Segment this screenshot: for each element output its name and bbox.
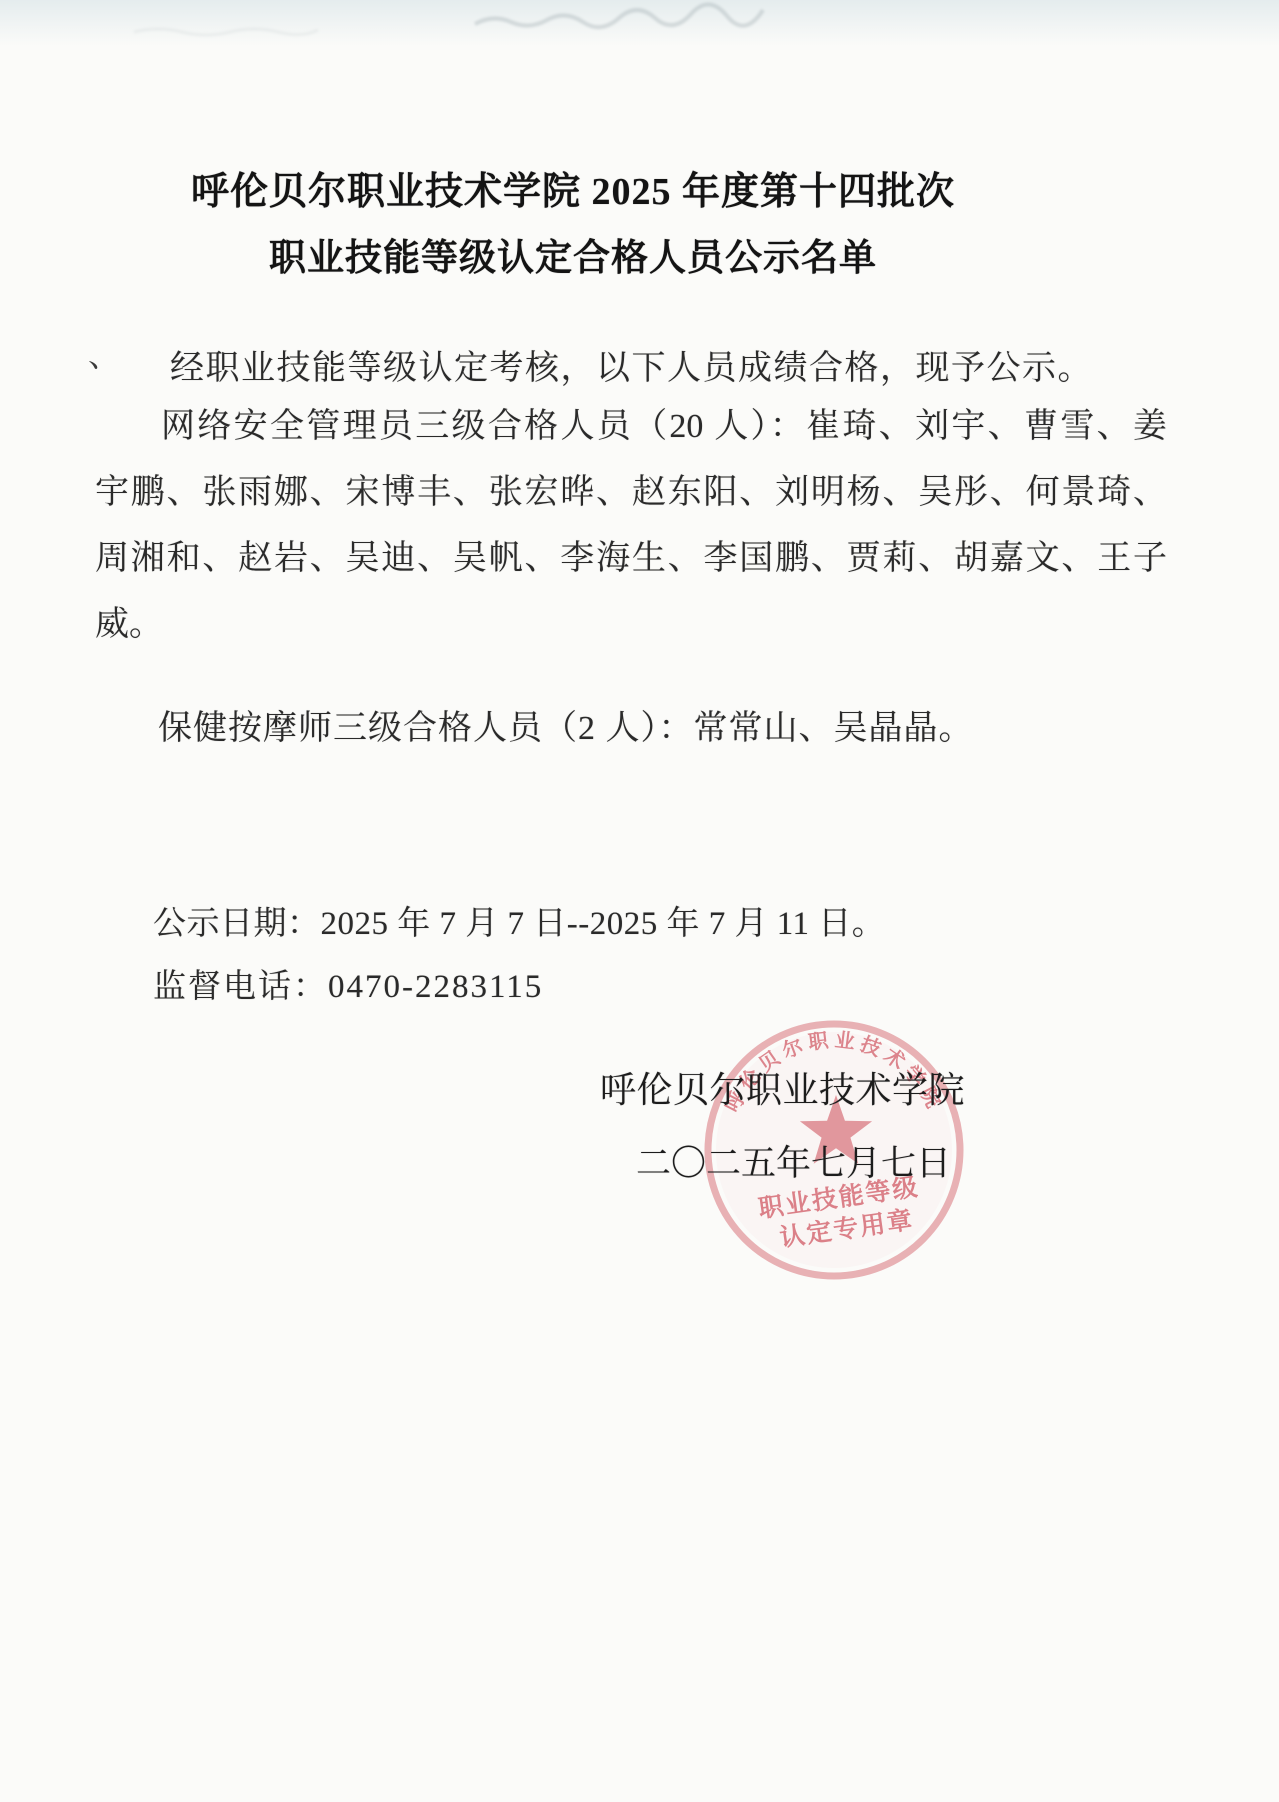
signature-organization: 呼伦贝尔职业技术学院 xyxy=(600,1062,965,1113)
scan-smudge-artifact xyxy=(130,24,320,38)
supervision-phone-line: 监督电话：0470-2283115 xyxy=(153,960,543,1007)
signature-date: 二〇二五年七月七日 xyxy=(636,1136,951,1186)
scan-bleedthrough-artifact xyxy=(470,2,770,36)
stray-punctuation-mark: 、 xyxy=(88,330,120,376)
network-group-line-2: 宇鹏、张雨娜、宋博丰、张宏晔、赵东阳、刘明杨、吴彤、何景琦、 xyxy=(95,464,1167,513)
intro-paragraph: 经职业技能等级认定考核，以下人员成绩合格，现予公示。 xyxy=(170,340,1093,389)
document-title-line-2: 职业技能等级认定合格人员公示名单 xyxy=(188,227,958,281)
network-group-line-3: 周湘和、赵岩、吴迪、吴帆、李海生、李国鹏、贾莉、胡嘉文、王子 xyxy=(95,530,1167,579)
network-group-line-1: 网络安全管理员三级合格人员（20 人）：崔琦、刘宇、曹雪、姜 xyxy=(95,398,1167,447)
document-page: 呼伦贝尔职业技术学院 2025 年度第十四批次 职业技能等级认定合格人员公示名单… xyxy=(0,0,1279,1802)
massage-group-line: 保健按摩师三级合格人员（2 人）：常常山、吴晶晶。 xyxy=(158,700,974,749)
publicity-date-line: 公示日期：2025 年 7 月 7 日--2025 年 7 月 11 日。 xyxy=(153,897,885,944)
document-title-line-1: 呼伦贝尔职业技术学院 2025 年度第十四批次 xyxy=(188,160,958,215)
network-group-line-4: 威。 xyxy=(95,596,163,645)
